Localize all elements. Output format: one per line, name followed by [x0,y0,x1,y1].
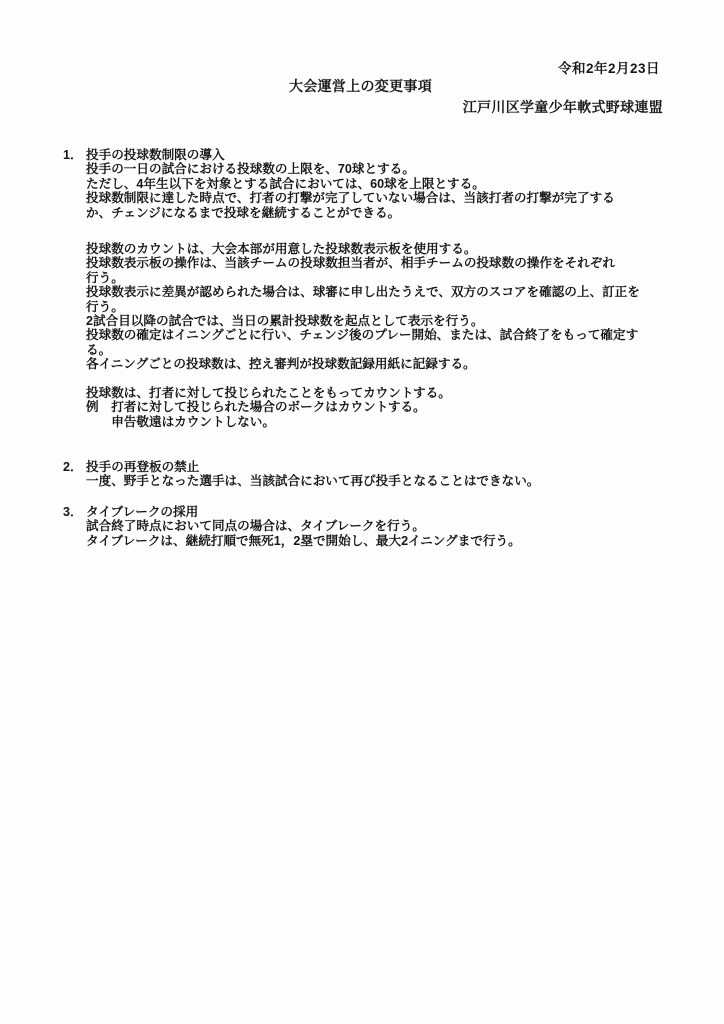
document-date: 令和2年2月23日 [558,61,660,76]
text-line: 2試合目以降の試合では、当日の累計投球数を起点として表示を行う。 [86,314,686,328]
paragraph: 試合終了時点において同点の場合は、タイブレークを行う。 タイブレークは、継続打順… [86,519,686,548]
text-line: 投手の一日の試合における投球数の上限を、70球とする。 [86,162,686,176]
text-line: 投球数のカウントは、大会本部が用意した投球数表示板を使用する。 [86,242,686,256]
text-line: タイブレークは、継続打順で無死1，2塁で開始し、最大2イニングまで行う。 [86,534,686,548]
text-line: 投球数表示板の操作は、当該チームの投球数担当者が、相手チームの投球数の操作をそれ… [86,256,686,270]
text-line: 各イニングごとの投球数は、控え審判が投球数記録用紙に記録する。 [86,357,686,371]
text-line: か、チェンジになるまで投球を継続することができる。 [86,206,686,220]
section-pitch-count-limit: 1． 投手の投球数制限の導入 投手の一日の試合における投球数の上限を、70球とす… [86,148,686,429]
text-line: 行う。 [86,300,686,314]
text-line: ただし、4年生以下を対象とする試合においては、60球を上限とする。 [86,177,686,191]
text-line: る。 [86,343,686,357]
organization-name: 江戸川区学童少年軟式野球連盟 [463,99,663,115]
text-line: 投球数表示に差異が認められた場合は、球審に申し出たうえで、双方のスコアを確認の上… [86,285,686,299]
text-line: 一度、野手となった選手は、当該試合において再び投手となることはできない。 [86,474,686,488]
text-line: 行う。 [86,271,686,285]
text-line: 投球数制限に達した時点で、打者の打撃が完了していない場合は、当該打者の打撃が完了… [86,191,686,205]
section-tiebreak: 3． タイブレークの採用 試合終了時点において同点の場合は、タイブレークを行う。… [86,505,686,548]
text-line: 投球数は、打者に対して投じられたことをもってカウントする。 [86,386,686,400]
text-line: 例 打者に対して投じられた場合のボークはカウントする。 [86,400,686,414]
section-number: 1． [63,148,83,162]
paragraph: 投球数のカウントは、大会本部が用意した投球数表示板を使用する。 投球数表示板の操… [86,242,686,372]
section-heading: 投手の投球数制限の導入 [86,148,686,162]
text-line: 試合終了時点において同点の場合は、タイブレークを行う。 [86,519,686,533]
section-number: 2． [63,460,83,474]
paragraph: 一度、野手となった選手は、当該試合において再び投手となることはできない。 [86,474,686,488]
paragraph: 投球数は、打者に対して投じられたことをもってカウントする。 例 打者に対して投じ… [86,386,686,429]
text-line: 投球数の確定はイニングごとに行い、チェンジ後のプレー開始、または、試合終了をもっ… [86,328,686,342]
section-heading: タイブレークの採用 [86,505,686,519]
page-title: 大会運営上の変更事項 [289,78,432,94]
text-line: 申告敬遠はカウントしない。 [86,415,686,429]
section-number: 3． [63,505,83,519]
section-heading: 投手の再登板の禁止 [86,460,686,474]
document-page: 令和2年2月23日 大会運営上の変更事項 江戸川区学童少年軟式野球連盟 1． 投… [0,0,724,1024]
section-pitcher-return-ban: 2． 投手の再登板の禁止 一度、野手となった選手は、当該試合において再び投手とな… [86,460,686,489]
paragraph: 投手の一日の試合における投球数の上限を、70球とする。 ただし、4年生以下を対象… [86,162,686,220]
